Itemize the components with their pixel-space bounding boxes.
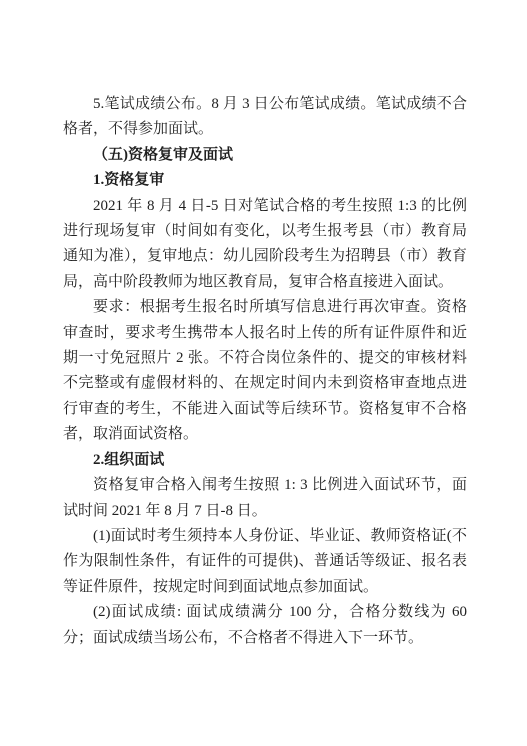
paragraph: 5.笔试成绩公布。8 月 3 日公布笔试成绩。笔试成绩不合格者，不得参加面试。 bbox=[63, 92, 467, 143]
section-heading: 2.组织面试 bbox=[63, 448, 467, 473]
paragraph: 资格复审合格入闱考生按照 1: 3 比例进入面试环节，面试时间 2021 年 8… bbox=[63, 473, 467, 524]
paragraph: (1)面试时考生须持本人身份证、毕业证、教师资格证(不作为限制性条件，有证件的可… bbox=[63, 524, 467, 600]
paragraph: 要求：根据考生报名时所填写信息进行再次审查。资格审查时，要求考生携带本人报名时上… bbox=[63, 295, 467, 447]
document-page: 5.笔试成绩公布。8 月 3 日公布笔试成绩。笔试成绩不合格者，不得参加面试。（… bbox=[0, 0, 527, 746]
paragraph: (2)面试成绩: 面试成绩满分 100 分，合格分数线为 60 分；面试成绩当场… bbox=[63, 600, 467, 651]
section-heading: 1.资格复审 bbox=[63, 168, 467, 193]
document-body: 5.笔试成绩公布。8 月 3 日公布笔试成绩。笔试成绩不合格者，不得参加面试。（… bbox=[63, 92, 467, 651]
section-heading: （五)资格复审及面试 bbox=[63, 143, 467, 168]
paragraph: 2021 年 8 月 4 日-5 日对笔试合格的考生按照 1:3 的比例进行现场… bbox=[63, 194, 467, 296]
